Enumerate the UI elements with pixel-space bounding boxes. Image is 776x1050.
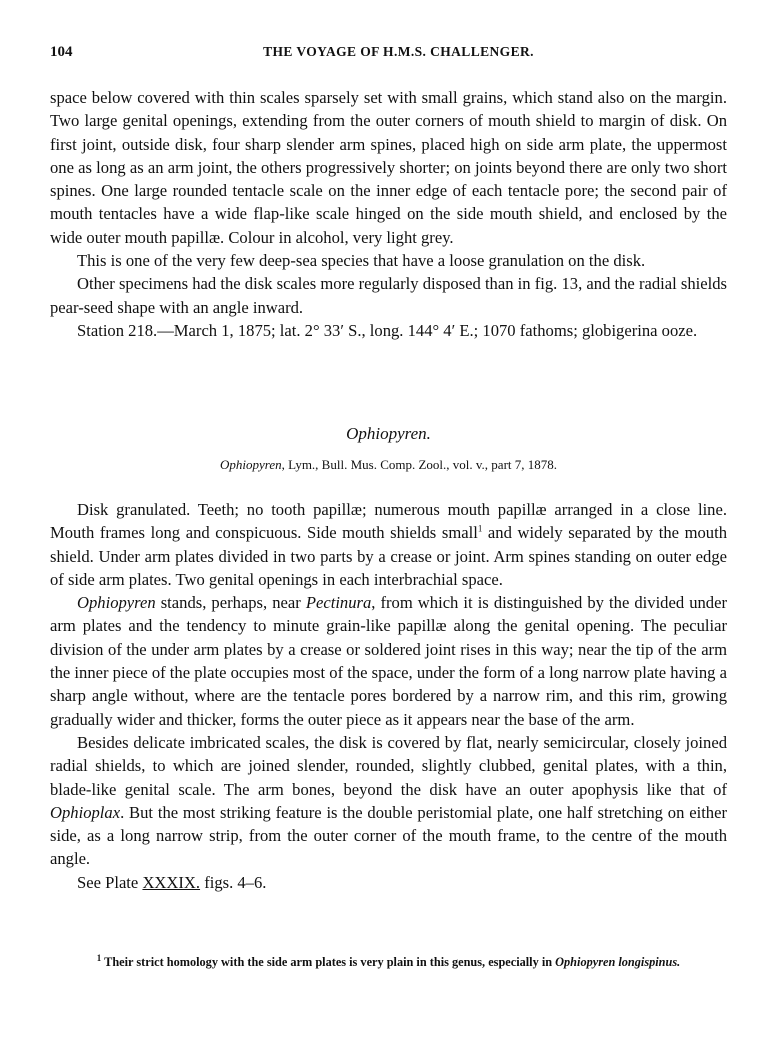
comparison-genus-italic: Ophioplax xyxy=(50,803,120,822)
plate-ref-text-a: See Plate xyxy=(77,873,142,892)
paragraph-diagnosis: Disk granulated. Teeth; no tooth papillæ… xyxy=(50,498,727,591)
affinities-text-b: , from which it is distinguished by the … xyxy=(50,593,727,728)
header-title: THE VOYAGE OF H.M.S. CHALLENGER. xyxy=(50,44,727,60)
genus-description: Disk granulated. Teeth; no tooth papillæ… xyxy=(50,498,727,894)
paragraph-plate-reference: See Plate XXXIX. figs. 4–6. xyxy=(50,871,727,894)
affinities-text-a: stands, perhaps, near xyxy=(156,593,306,612)
species-description-continued: space below covered with thin scales spa… xyxy=(50,86,727,342)
footnote-text: Their strict homology with the side arm … xyxy=(101,955,555,969)
disk-text-b: . But the most striking feature is the d… xyxy=(50,803,727,869)
disk-text-a: Besides delicate imbricated scales, the … xyxy=(50,733,727,799)
genus-reference-name: Ophiopyren xyxy=(220,457,282,472)
footnote: 1 Their strict homology with the side ar… xyxy=(50,955,727,970)
paragraph-description: space below covered with thin scales spa… xyxy=(50,86,727,249)
running-head: 104 THE VOYAGE OF H.M.S. CHALLENGER. xyxy=(50,44,727,66)
plate-ref-text-b: figs. 4–6. xyxy=(200,873,266,892)
genus-reference-citation: , Lym., Bull. Mus. Comp. Zool., vol. v.,… xyxy=(282,457,557,472)
footnote-species-italic: Ophiopyren longispinus. xyxy=(555,955,680,969)
paragraph-station: Station 218.—March 1, 1875; lat. 2° 33′ … xyxy=(50,319,727,342)
related-genus-italic: Pectinura xyxy=(306,593,371,612)
genus-name-italic: Ophiopyren xyxy=(77,593,156,612)
genus-reference: Ophiopyren, Lym., Bull. Mus. Comp. Zool.… xyxy=(50,457,727,473)
paragraph-affinities: Ophiopyren stands, perhaps, near Pectinu… xyxy=(50,591,727,731)
paragraph-disk-structure: Besides delicate imbricated scales, the … xyxy=(50,731,727,871)
plate-number-link[interactable]: XXXIX. xyxy=(142,873,200,892)
genus-heading: Ophiopyren. xyxy=(50,424,727,444)
paragraph-other-specimens: Other specimens had the disk scales more… xyxy=(50,272,727,319)
paragraph-granulation-note: This is one of the very few deep-sea spe… xyxy=(50,249,727,272)
